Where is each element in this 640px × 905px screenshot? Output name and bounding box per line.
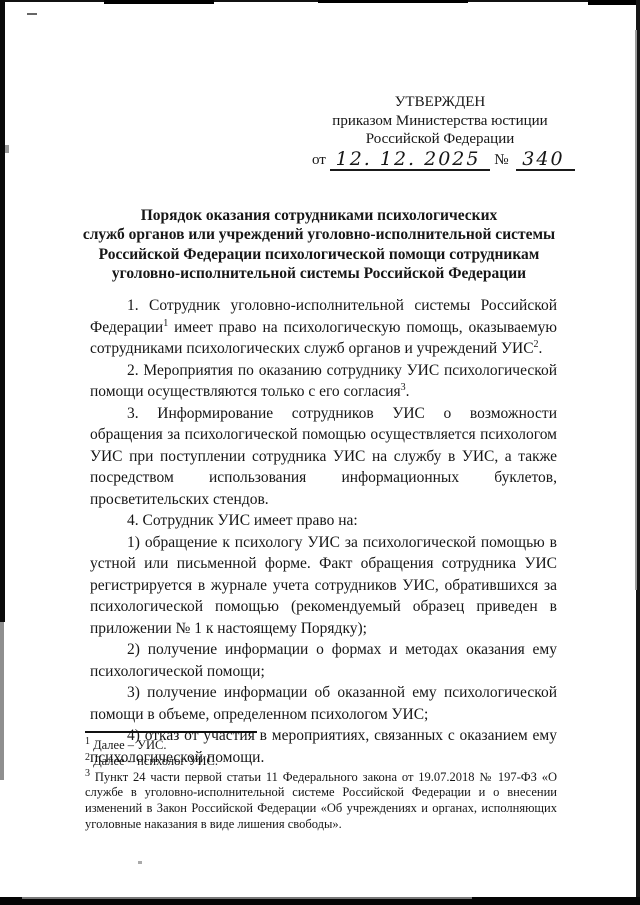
document-page: УТВЕРЖДЕН приказом Министерства юстиции … [0, 0, 640, 905]
paragraph-3: 3. Информирование сотрудников УИС о возм… [90, 403, 557, 511]
scan-edge-left-fade [0, 622, 4, 780]
footnotes-section: 1 Далее – УИС. 2 Далее – психолог УИС. 3… [85, 731, 557, 833]
document-body: 1. Сотрудник уголовно-исполнительной сис… [90, 295, 557, 768]
subitem-2: 2) получение информации о формах и метод… [90, 639, 557, 682]
scan-edge-right-fade [635, 30, 637, 590]
scan-artifact [588, 0, 640, 5]
document-title: Порядок оказания сотрудниками психологич… [78, 206, 560, 283]
approval-authority-line2: Российской Федерации [308, 130, 572, 149]
paragraph-2-text: . [406, 383, 410, 400]
subitem-1: 1) обращение к психологу УИС за психолог… [90, 532, 557, 640]
date-prefix: от [312, 152, 326, 168]
title-line: Российской Федерации психологической пом… [78, 245, 560, 264]
handwritten-date: 12. 12. 2025 [330, 151, 491, 171]
paragraph-2-text: 2. Мероприятия по оказанию сотруднику УИ… [90, 362, 557, 401]
scan-artifact [5, 145, 9, 153]
scan-artifact [104, 0, 214, 4]
approval-status: УТВЕРЖДЕН [308, 93, 572, 112]
paragraph-1: 1. Сотрудник уголовно-исполнительной сис… [90, 295, 557, 360]
approval-authority-line1: приказом Министерства юстиции [308, 112, 572, 131]
paragraph-2: 2. Мероприятия по оказанию сотруднику УИ… [90, 360, 557, 403]
title-line: служб органов или учреждений уголовно-ис… [78, 225, 560, 244]
paragraph-4: 4. Сотрудник УИС имеет право на: [90, 510, 557, 532]
title-line: уголовно-исполнительной системы Российск… [78, 264, 560, 283]
footnote-3: 3 Пункт 24 части первой статьи 11 Федера… [85, 770, 557, 833]
scan-artifact [318, 0, 468, 3]
subitem-3: 3) получение информации об оказанной ему… [90, 682, 557, 725]
footnote-1-text: Далее – УИС. [90, 738, 166, 752]
approval-block: УТВЕРЖДЕН приказом Министерства юстиции … [308, 93, 572, 170]
footnote-2-text: Далее – психолог УИС. [90, 754, 218, 768]
footnote-2: 2 Далее – психолог УИС. [85, 754, 557, 770]
number-sign: № [494, 152, 508, 168]
scan-artifact [27, 13, 37, 15]
footnote-separator [85, 731, 257, 733]
footnote-1: 1 Далее – УИС. [85, 738, 557, 754]
scan-artifact [138, 861, 142, 864]
title-line: Порядок оказания сотрудниками психологич… [78, 206, 560, 225]
footnote-3-text: Пункт 24 части первой статьи 11 Федераль… [85, 770, 557, 831]
approval-date-line: от 12. 12. 2025 № 340 [308, 150, 572, 170]
scan-edge-left [0, 0, 5, 622]
paragraph-1-text: . [539, 340, 543, 357]
scan-artifact [22, 897, 472, 899]
handwritten-order-number: 340 [516, 151, 574, 171]
